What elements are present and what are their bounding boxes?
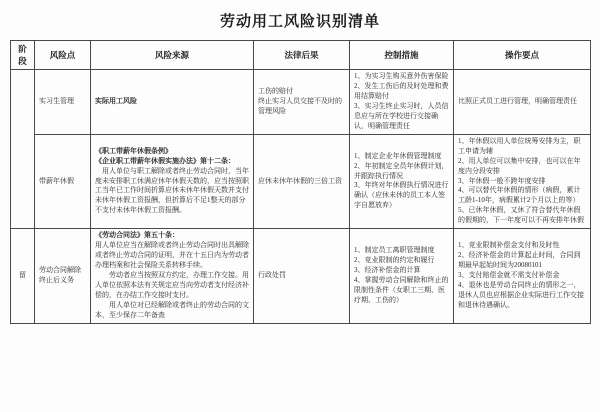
column-header-control-measures: 控制措施 bbox=[350, 41, 454, 70]
cell-control-measures: 1、制定企业年休假管理制度 2、年初制定全员年休假计划，并跟踪执行情况 3、年终… bbox=[350, 134, 454, 228]
risk-source-body: 用人单位与职工解除或者终止劳动合同时，当年度未安排职工休满应休年休假天数的，应当… bbox=[95, 167, 249, 217]
cell-operation-points: 1、年休假以用人单位统筹安排为主，职工申请为辅 2、用人单位可以集中安排，也可以… bbox=[454, 134, 591, 228]
column-header-risk-point: 风险点 bbox=[35, 41, 91, 70]
cell-control-measures: 1、为实习生购买意外伤害保险 2、发生工伤后的及时处理和费用结算赔付 3、实习生… bbox=[350, 70, 454, 135]
document-page: 劳动用工风险识别清单 阶段 风险点 风险来源 法律后果 控制措施 操作要点 实习… bbox=[0, 0, 600, 412]
table-row: 带薪年休假 《职工带薪年休假条例》 《企业职工带薪年休假实施办法》第十二条： 用… bbox=[11, 134, 591, 228]
cell-risk-point: 劳动合同解除终止后义务 bbox=[35, 229, 91, 323]
cell-risk-source: 实际用工风险 bbox=[91, 70, 254, 135]
column-header-operation-points: 操作要点 bbox=[454, 41, 591, 70]
cell-legal-consequence: 应休未休年休假的三倍工资 bbox=[254, 134, 350, 228]
cell-control-measures: 1、制定员工离职管理制度 2、竞业限制的约定和履行 3、经济补偿金的计算 4、掌… bbox=[350, 229, 454, 323]
page-title: 劳动用工风险识别清单 bbox=[0, 10, 600, 31]
cell-operation-points: 比照正式员工进行管理，明确管理责任 bbox=[454, 70, 591, 135]
risk-source-title: 《职工带薪年休假条例》 《企业职工带薪年休假实施办法》第十二条： bbox=[95, 147, 249, 167]
table-row: 实习生管理 实际用工风险 工伤的赔付 终止实习人员交接不及时的管理风险 1、为实… bbox=[11, 70, 591, 135]
cell-legal-consequence: 工伤的赔付 终止实习人员交接不及时的管理风险 bbox=[254, 70, 350, 135]
column-header-legal-consequence: 法律后果 bbox=[254, 41, 350, 70]
cell-operation-points: 1、竞业限制补偿金支付和及时性 2、经济补偿金的计算起止时间，合同到期最早起始时… bbox=[454, 229, 591, 323]
column-header-stage: 阶段 bbox=[11, 41, 35, 70]
risk-source-body: 用人单位应当在解除或者终止劳动合同时出具解除或者终止劳动合同的证明，并在十五日内… bbox=[95, 241, 249, 321]
risk-source-title: 实际用工风险 bbox=[95, 97, 249, 107]
table-row: 留 劳动合同解除终止后义务 《劳动合同法》第五十条： 用人单位应当在解除或者终止… bbox=[11, 229, 591, 323]
risk-table: 阶段 风险点 风险来源 法律后果 控制措施 操作要点 实习生管理 实际用工风险 … bbox=[10, 40, 591, 324]
column-header-risk-source: 风险来源 bbox=[91, 41, 254, 70]
risk-source-title: 《劳动合同法》第五十条： bbox=[95, 231, 249, 241]
cell-risk-point: 带薪年休假 bbox=[35, 134, 91, 228]
cell-stage: 留 bbox=[11, 229, 35, 323]
table-header-row: 阶段 风险点 风险来源 法律后果 控制措施 操作要点 bbox=[11, 41, 591, 70]
cell-risk-point: 实习生管理 bbox=[35, 70, 91, 135]
cell-stage bbox=[11, 70, 35, 229]
cell-risk-source: 《劳动合同法》第五十条： 用人单位应当在解除或者终止劳动合同时出具解除或者终止劳… bbox=[91, 229, 254, 323]
cell-legal-consequence: 行政处罚 bbox=[254, 229, 350, 323]
cell-risk-source: 《职工带薪年休假条例》 《企业职工带薪年休假实施办法》第十二条： 用人单位与职工… bbox=[91, 134, 254, 228]
